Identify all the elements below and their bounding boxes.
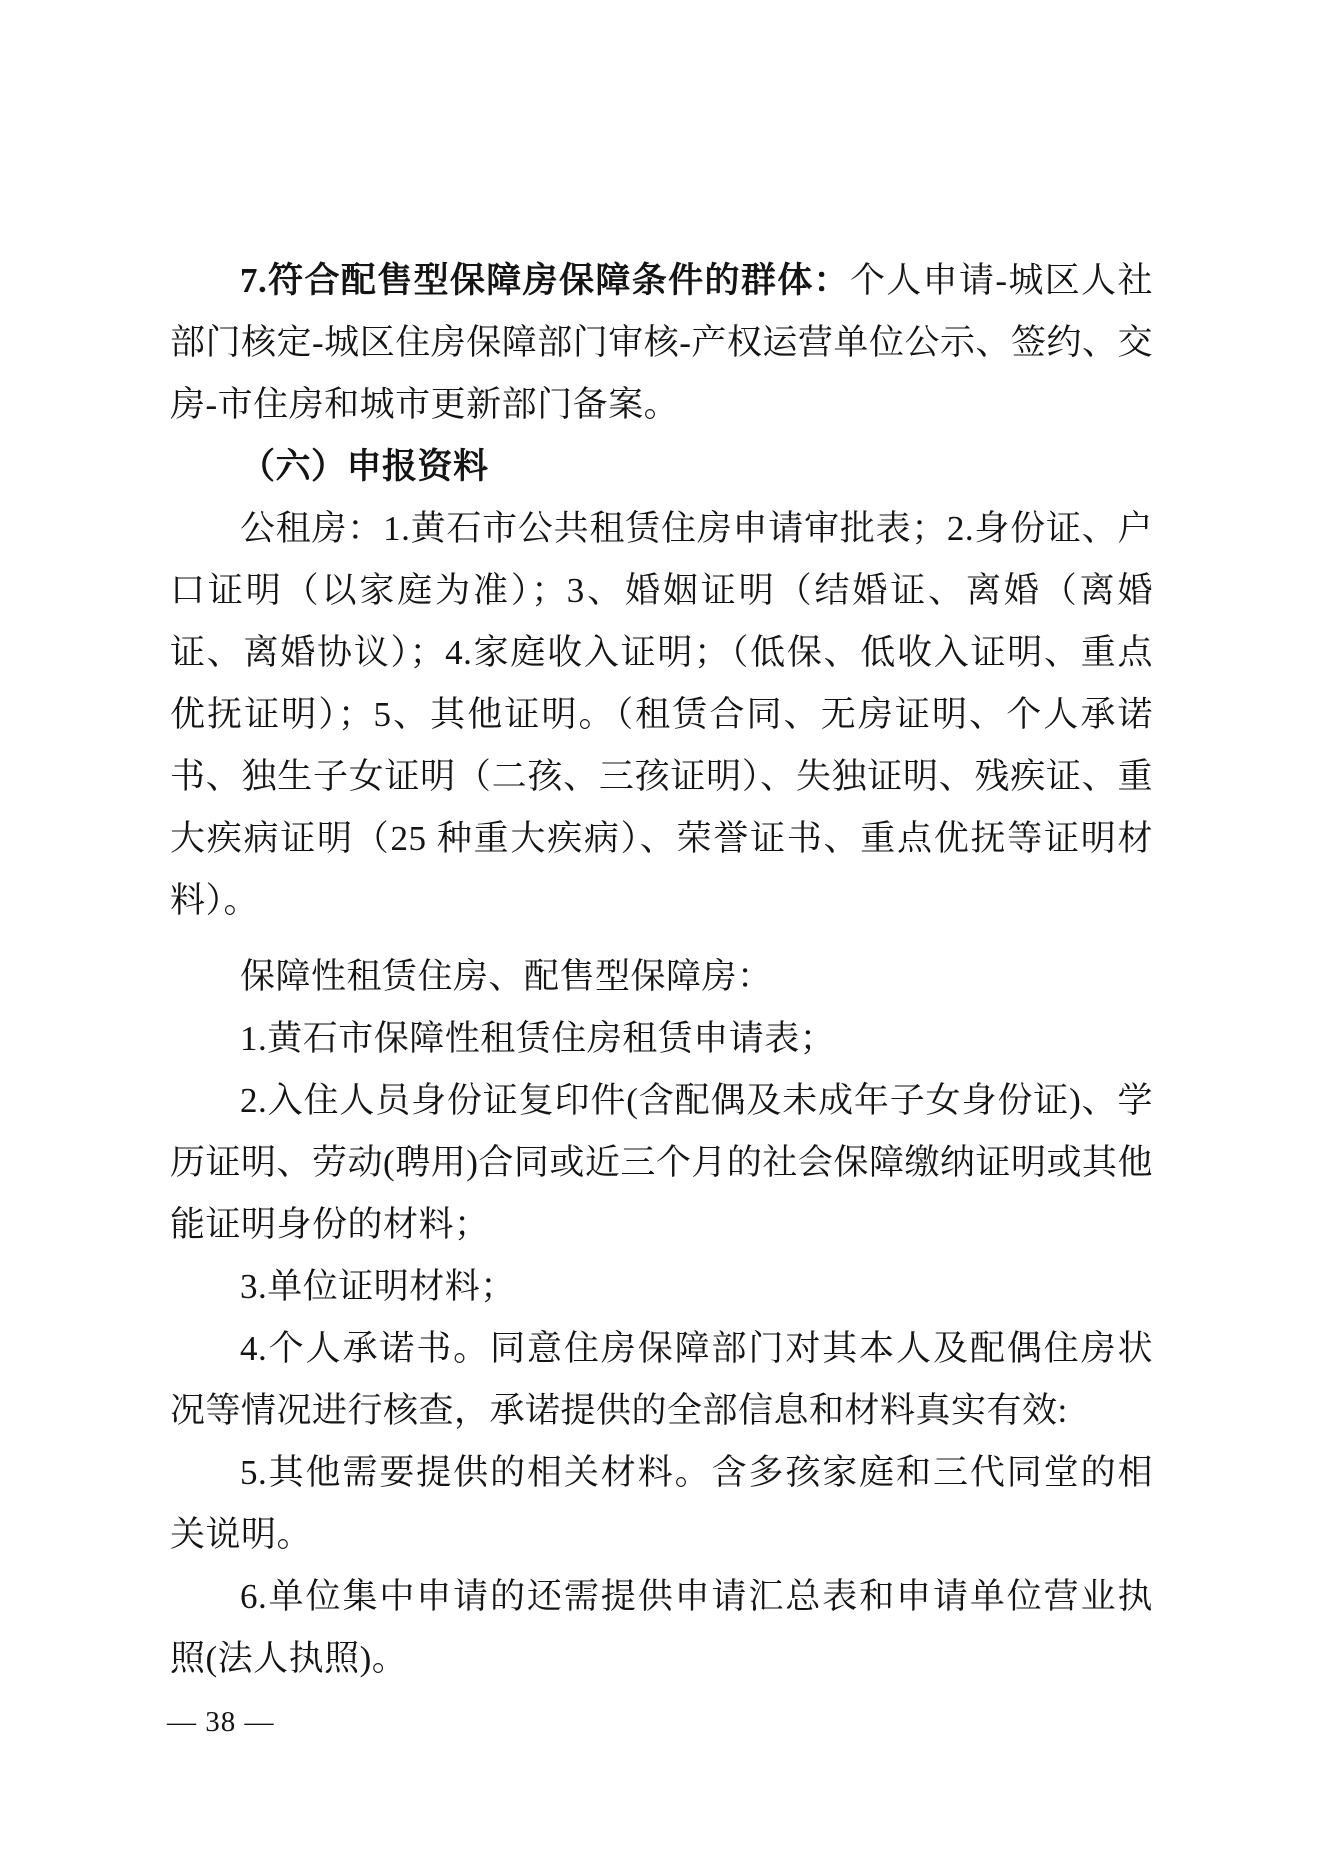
page-number: — 38 — <box>167 1705 275 1739</box>
list-item-5-other-materials: 5.其他需要提供的相关材料。含多孩家庭和三代同堂的相关说明。 <box>170 1442 1153 1566</box>
paragraph-public-rental-housing: 公租房：1.黄石市公共租赁住房申请审批表；2.身份证、户口证明（以家庭为准）；3… <box>170 498 1153 932</box>
item-7-bold-lead: 7.符合配售型保障房保障条件的群体： <box>240 261 850 300</box>
document-body: 7.符合配售型保障房保障条件的群体：个人申请-城区人社部门核定-城区住房保障部门… <box>170 250 1153 1690</box>
paragraph-affordable-housing-intro: 保障性租赁住房、配售型保障房： <box>170 946 1153 1008</box>
document-page: 7.符合配售型保障房保障条件的群体：个人申请-城区人社部门核定-城区住房保障部门… <box>0 0 1323 1871</box>
paragraph-item-7: 7.符合配售型保障房保障条件的群体：个人申请-城区人社部门核定-城区住房保障部门… <box>170 250 1153 436</box>
list-item-4-personal-commitment: 4.个人承诺书。同意住房保障部门对其本人及配偶住房状况等情况进行核查，承诺提供的… <box>170 1318 1153 1442</box>
list-item-3-employer-certificate: 3.单位证明材料； <box>170 1256 1153 1318</box>
list-item-6-employer-collective-application: 6.单位集中申请的还需提供申请汇总表和申请单位营业执照(法人执照)。 <box>170 1566 1153 1690</box>
section-heading-declaration-materials: （六）申报资料 <box>170 436 1153 498</box>
list-item-1-application-form: 1.黄石市保障性租赁住房租赁申请表； <box>170 1008 1153 1070</box>
list-item-2-identity-documents: 2.入住人员身份证复印件(含配偶及未成年子女身份证)、学历证明、劳动(聘用)合同… <box>170 1070 1153 1256</box>
